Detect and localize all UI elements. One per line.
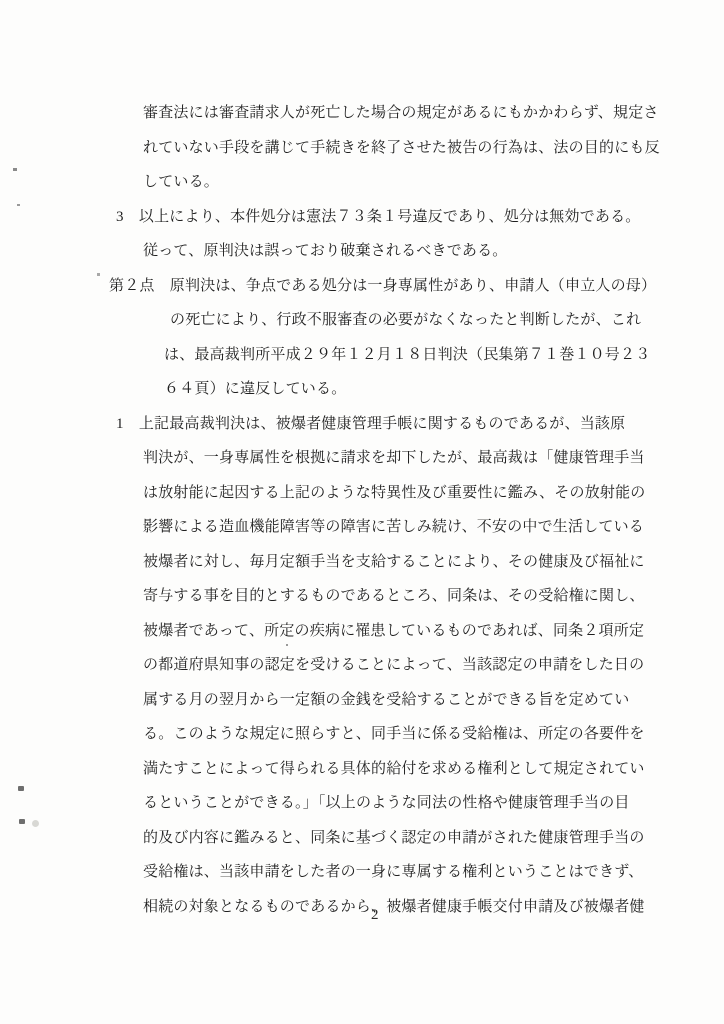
text-line: 審査法には審査請求人が死亡した場合の規定があるにもかかわらず、規定さ (0, 96, 724, 131)
text-line: は、最高裁判所平成２９年１２月１８日判決（民集第７１巻１０号２３ (0, 338, 724, 373)
text-line: る。このような規定に照らすと、同手当に係る受給権は、所定の各要件を (0, 717, 724, 752)
document-body: 審査法には審査請求人が死亡した場合の規定があるにもかかわらず、規定されていない手… (0, 0, 724, 924)
text-line: 従って、原判決は誤っており破棄されるべきである。 (0, 234, 724, 269)
scan-speck (286, 644, 288, 646)
text-line: 相続の対象となるものであるから、被爆者健康手帳交付申請及び被爆者健 (0, 890, 724, 925)
scan-speck (18, 786, 24, 791)
text-line: 影響による造血機能障害等の障害に苦しみ続け、不安の中で生活している (0, 510, 724, 545)
text-line: 受給権は、当該申請をした者の一身に専属する権利ということはできず、 (0, 855, 724, 890)
text-line: 的及び内容に鑑みると、同条に基づく認定の申請がされた健康管理手当の (0, 821, 724, 856)
page-number: 2 (371, 905, 379, 925)
text-line: れていない手段を講じて手続きを終了させた被告の行為は、法の目的にも反 (0, 131, 724, 166)
text-line: 1 上記最高裁判決は、被爆者健康管理手帳に関するものであるが、当該原 (0, 407, 724, 442)
text-line: 被爆者であって、所定の疾病に罹患しているものであれば、同条２項所定 (0, 614, 724, 649)
text-line: の死亡により、行政不服審査の必要がなくなったと判断したが、これ (0, 303, 724, 338)
scan-speck (32, 820, 39, 827)
text-line: の都道府県知事の認定を受けることによって、当該認定の申請をした日の (0, 648, 724, 683)
text-line: している。 (0, 165, 724, 200)
text-line: ６４頁）に違反している。 (0, 372, 724, 407)
scan-speck (97, 273, 100, 276)
scan-speck (17, 204, 20, 206)
text-line: 第２点 原判決は、争点である処分は一身専属性があり、申請人（申立人の母） (0, 269, 724, 304)
text-line: 満たすことによって得られる具体的給付を求める権利として規定されてい (0, 752, 724, 787)
document-page: 審査法には審査請求人が死亡した場合の規定があるにもかかわらず、規定されていない手… (0, 0, 724, 1024)
text-line: 属する月の翌月から一定額の金銭を受給することができる旨を定めてい (0, 683, 724, 718)
text-line: 寄与する事を目的とするものであるところ、同条は、その受給権に関し、 (0, 579, 724, 614)
text-line: は放射能に起因する上記のような特異性及び重要性に鑑み、その放射能の (0, 476, 724, 511)
text-line: 被爆者に対し、毎月定額手当を支給することにより、その健康及び福祉に (0, 545, 724, 580)
scan-speck (13, 168, 17, 171)
text-line: 3 以上により、本件処分は憲法７３条１号違反であり、処分は無効である。 (0, 200, 724, 235)
scan-speck (19, 819, 25, 824)
text-line: るということができる。」「以上のような同法の性格や健康管理手当の目 (0, 786, 724, 821)
text-line: 判決が、一身専属性を根拠に請求を却下したが、最高裁は「健康管理手当 (0, 441, 724, 476)
